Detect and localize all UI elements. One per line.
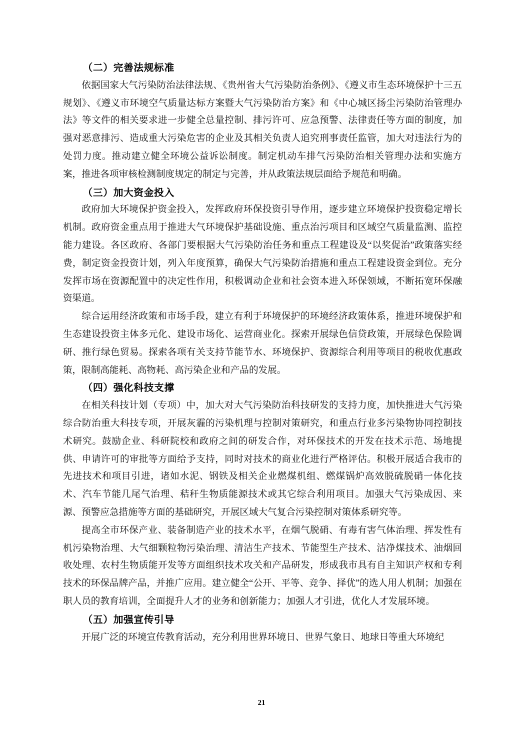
section-heading-laws-standards: （二）完善法规标准 [63, 60, 462, 78]
body-paragraph: 提高全市环保产业、装备制造产业的技术水平，在烟气脱硝、有毒有害气体治理、挥发性有… [63, 523, 462, 612]
body-paragraph: 开展广泛的环境宣传教育活动，充分利用世界环境日、世界气象日、地球日等重大环境纪 [63, 630, 462, 648]
body-paragraph: 依据国家大气污染防治法律法规、《贵州省大气污染防治条例》、《遵义市生态环境保护十… [63, 78, 462, 185]
document-page: （二）完善法规标准 依据国家大气污染防治法律法规、《贵州省大气污染防治条例》、《… [0, 0, 523, 740]
body-paragraph: 综合运用经济政策和市场手段，建立有利于环境保护的环境经济政策体系，推进环境保护和… [63, 309, 462, 380]
document-content: （二）完善法规标准 依据国家大气污染防治法律法规、《贵州省大气污染防治条例》、《… [63, 60, 462, 647]
section-heading-funding: （三）加大资金投入 [63, 185, 462, 203]
section-heading-publicity: （五）加强宣传引导 [63, 612, 462, 630]
body-paragraph: 政府加大环境保护资金投入，发挥政府环保投资引导作用，逐步建立环境保护投资稳定增长… [63, 202, 462, 309]
body-paragraph: 在相关科技计划（专项）中，加大对大气污染防治科技研发的支持力度，加快推进大气污染… [63, 398, 462, 523]
section-heading-science-tech: （四）强化科技支撑 [63, 380, 462, 398]
page-number: 21 [0, 698, 523, 707]
